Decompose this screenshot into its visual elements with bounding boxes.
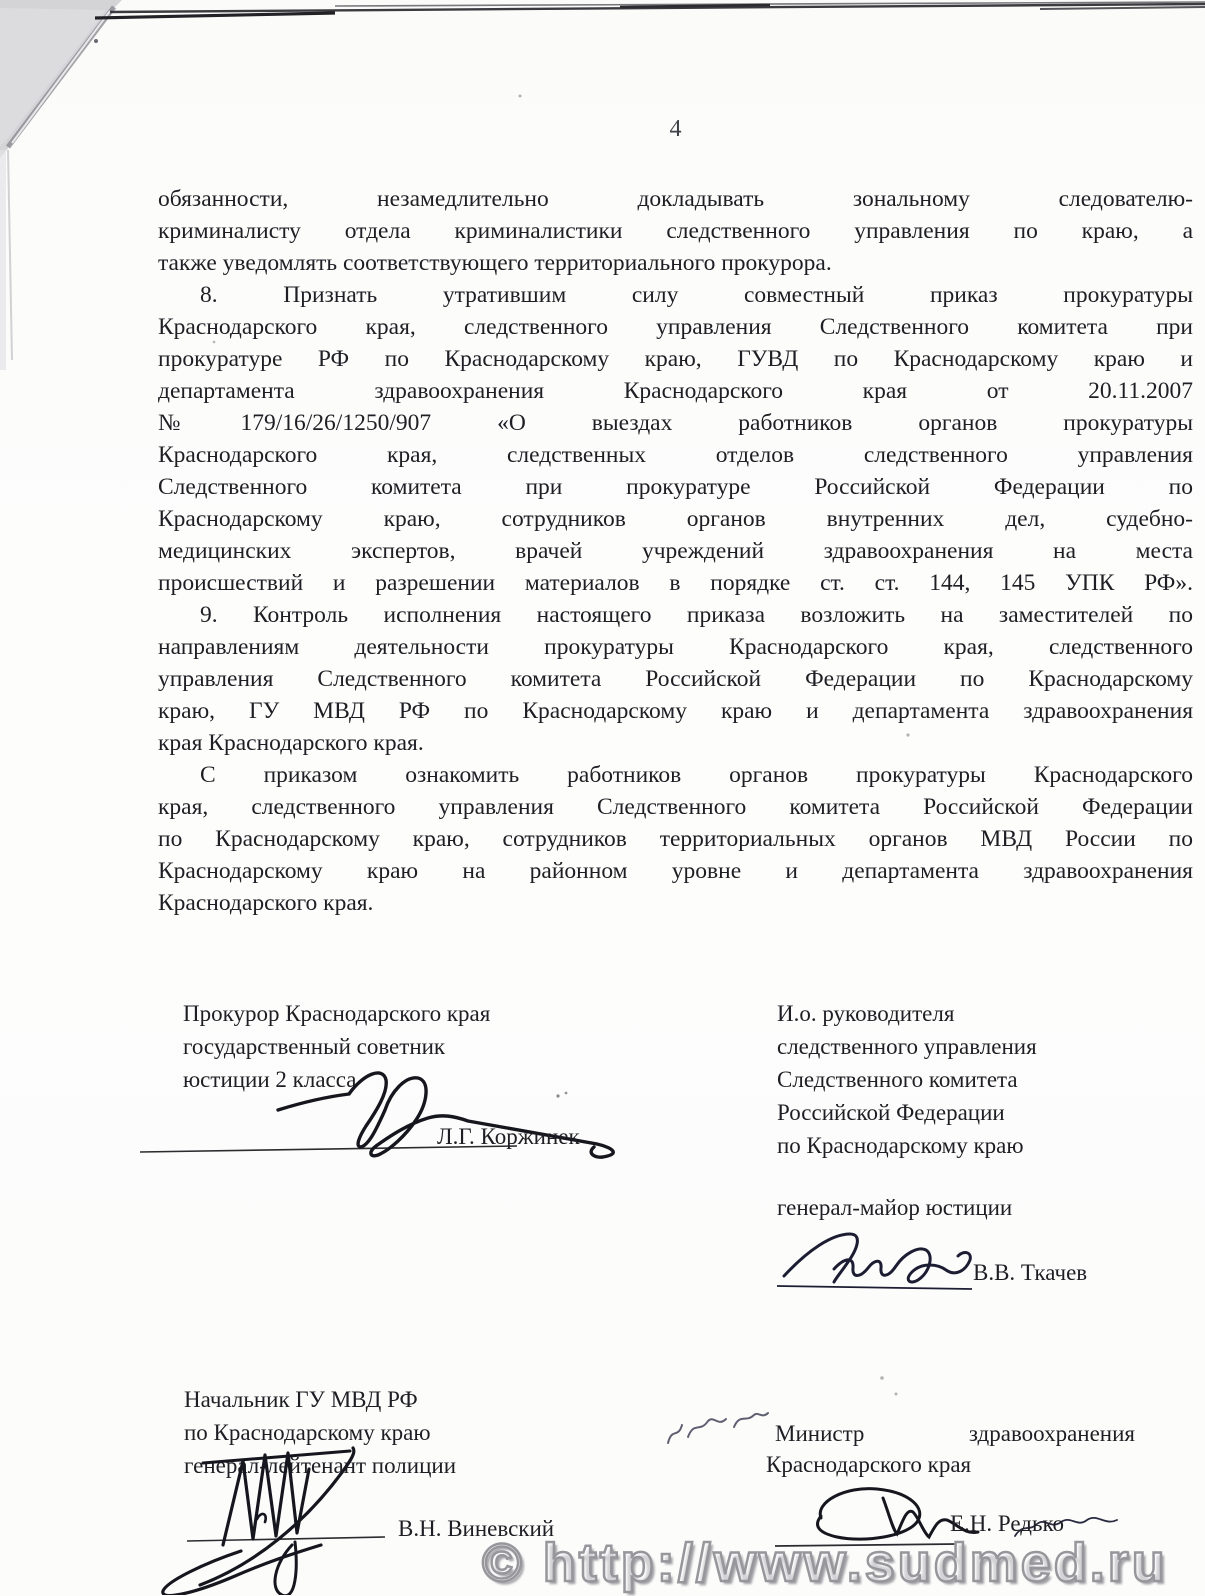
paragraph-item-9: 9. Контроль исполнения настоящего приказ… [158,599,1193,759]
text-line: криминалисту отдела криминалистики следс… [158,215,1193,247]
investigative-rank: генерал-майор юстиции [777,1195,1012,1221]
text-line: также уведомлять соответствующего террит… [158,247,1193,279]
health-title-word-left: Министр [775,1421,864,1447]
text-line: направлениям деятельности прокуратуры Кр… [158,631,1193,663]
text-line: Начальник ГУ МВД РФ [184,1383,456,1416]
scanner-corner-wedge [0,0,122,370]
text-line: И.о. руководителя [777,997,1037,1030]
health-title-line1: Министр здравоохранения [775,1421,1135,1447]
text-line: Российской Федерации [777,1096,1037,1129]
text-line: департамента здравоохранения Краснодарск… [158,375,1193,407]
text-line: 8. Признать утратившим силу совместный п… [158,279,1193,311]
page-number: 4 [158,116,1193,143]
text-line: края Краснодарского края. [158,727,1193,759]
paragraph-duties-continuation: обязанности, незамедлительно докладывать… [158,183,1193,279]
page-top-edge-lines [95,2,1205,18]
health-title-line2: Краснодарского края [766,1452,971,1478]
text-line: по Краснодарскому краю [777,1129,1037,1162]
text-line: Следственного комитета при прокуратуре Р… [158,471,1193,503]
text-line: Краснодарского края, следственных отдело… [158,439,1193,471]
text-line: прокуратуре РФ по Краснодарскому краю, Г… [158,343,1193,375]
paragraph-familiarize: С приказом ознакомить работников органов… [158,759,1193,919]
signature-line [777,1286,972,1289]
text-line: Следственного комитета [777,1063,1037,1096]
signature-stroke [784,1234,970,1282]
text-line: 9. Контроль исполнения настоящего приказ… [158,599,1193,631]
prosecutor-title-block: Прокурор Краснодарского краягосударствен… [183,997,490,1096]
text-line: Краснодарского края. [158,887,1193,919]
text-line: обязанности, незамедлительно докладывать… [158,183,1193,215]
handwritten-note [658,1403,776,1455]
police-title-block: Начальник ГУ МВД РФпо Краснодарскому кра… [184,1383,456,1482]
prosecutor-name: Л.Г. Коржинек [437,1124,580,1150]
text-line: Краснодарского края, следственного управ… [158,311,1193,343]
text-line: С приказом ознакомить работников органов… [158,759,1193,791]
text-line: по Краснодарскому краю, сотрудников терр… [158,823,1193,855]
text-line: по Краснодарскому краю [184,1416,456,1449]
text-line: государственный советник [183,1030,490,1063]
document-body: обязанности, незамедлительно докладывать… [158,183,1193,919]
text-line: управления Следственного комитета Россий… [158,663,1193,695]
text-line: №179/16/26/1250/907 «О выездах работнико… [158,407,1193,439]
scanned-page: 4 обязанности, незамедлительно докладыва… [0,0,1205,1596]
text-line: происшествий и разрешении материалов в п… [158,567,1193,599]
watermark: © http://www.sudmed.ru [482,1532,1168,1594]
text-line: медицинских экспертов, врачей учреждений… [158,535,1193,567]
investigative-title-block: И.о. руководителяследственного управлени… [777,997,1037,1162]
text-line: Прокурор Краснодарского края [183,997,490,1030]
text-line: края, следственного управления Следствен… [158,791,1193,823]
investigative-name: В.В. Ткачев [973,1260,1087,1286]
text-line: следственного управления [777,1030,1037,1063]
text-line: Краснодарскому краю, сотрудников органов… [158,503,1193,535]
text-line: генерал-лейтенант полиции [184,1449,456,1482]
signature-line [187,1537,385,1541]
health-title-word-right: здравоохранения [969,1421,1135,1447]
text-line: юстиции 2 класса [183,1063,490,1096]
paragraph-item-8: 8. Признать утратившим силу совместный п… [158,279,1193,599]
investigative-signature [770,1226,995,1298]
text-line: Краснодарскому краю на районном уровне и… [158,855,1193,887]
text-line: краю, ГУ МВД РФ по Краснодарскому краю и… [158,695,1193,727]
